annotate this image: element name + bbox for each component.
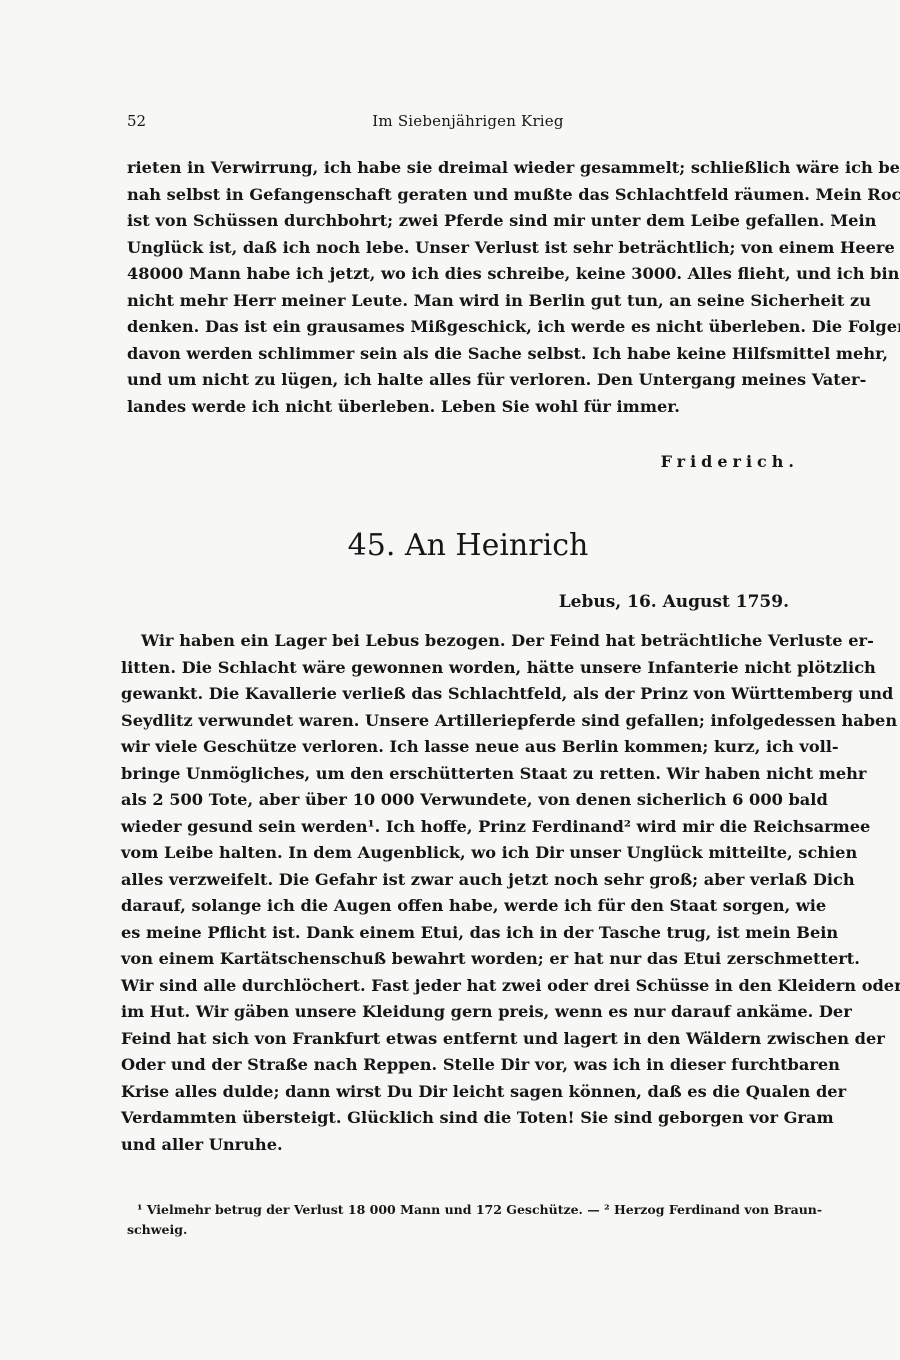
running-head: 52 Im Siebenjährigen Krieg [127, 112, 809, 136]
text-line: und um nicht zu lügen, ich halte alles f… [127, 367, 809, 394]
text-line: denken. Das ist ein grausames Mißgeschic… [127, 314, 809, 341]
footnote-line: schweig. [127, 1220, 809, 1240]
letter-heading: 45. An Heinrich [127, 528, 809, 563]
text-line: ist von Schüssen durchbohrt; zwei Pferde… [127, 208, 809, 235]
text-line: litten. Die Schlacht wäre gewonnen worde… [121, 655, 811, 682]
footnotes: ¹ Vielmehr betrug der Verlust 18 000 Man… [127, 1200, 809, 1240]
text-line: wir viele Geschütze verloren. Ich lasse … [121, 734, 811, 761]
text-line: von einem Kartätschenschuß bewahrt worde… [121, 946, 811, 973]
text-line: Verdammten übersteigt. Glücklich sind di… [121, 1105, 811, 1132]
text-line: Seydlitz verwundet waren. Unsere Artille… [121, 708, 811, 735]
text-line: Feind hat sich von Frankfurt etwas entfe… [121, 1026, 811, 1053]
text-line: darauf, solange ich die Augen offen habe… [121, 893, 811, 920]
letter-continued-paragraph: rieten in Verwirrung, ich habe sie dreim… [127, 155, 809, 420]
text-line: es meine Pflicht ist. Dank einem Etui, d… [121, 920, 811, 947]
text-line: als 2 500 Tote, aber über 10 000 Verwund… [121, 787, 811, 814]
text-line: rieten in Verwirrung, ich habe sie dreim… [127, 155, 809, 182]
text-line: gewankt. Die Kavallerie verließ das Schl… [121, 681, 811, 708]
text-line: landes werde ich nicht überleben. Leben … [127, 394, 809, 421]
text-line: vom Leibe halten. In dem Augenblick, wo … [121, 840, 811, 867]
text-line: nah selbst in Gefangenschaft geraten und… [127, 182, 809, 209]
text-line: Krise alles dulde; dann wirst Du Dir lei… [121, 1079, 811, 1106]
text-line: Wir haben ein Lager bei Lebus bezogen. D… [121, 628, 811, 655]
text-line: und aller Unruhe. [121, 1132, 811, 1159]
letter-45-body: Wir haben ein Lager bei Lebus bezogen. D… [121, 628, 811, 1158]
text-line: 48000 Mann habe ich jetzt, wo ich dies s… [127, 261, 809, 288]
text-line: Oder und der Straße nach Reppen. Stelle … [121, 1052, 811, 1079]
text-line: alles verzweifelt. Die Gefahr ist zwar a… [121, 867, 811, 894]
text-line: Unglück ist, daß ich noch lebe. Unser Ve… [127, 235, 809, 262]
text-line: wieder gesund sein werden¹. Ich hoffe, P… [121, 814, 811, 841]
signature: Friderich. [661, 452, 799, 471]
dateline: Lebus, 16. August 1759. [559, 592, 789, 612]
footnote-line: ¹ Vielmehr betrug der Verlust 18 000 Man… [127, 1200, 809, 1220]
text-line: bringe Unmögliches, um den erschütterten… [121, 761, 811, 788]
text-line: davon werden schlimmer sein als die Sach… [127, 341, 809, 368]
text-line: im Hut. Wir gäben unsere Kleidung gern p… [121, 999, 811, 1026]
running-title: Im Siebenjährigen Krieg [127, 112, 809, 130]
text-line: nicht mehr Herr meiner Leute. Man wird i… [127, 288, 809, 315]
text-line: Wir sind alle durchlöchert. Fast jeder h… [121, 973, 811, 1000]
